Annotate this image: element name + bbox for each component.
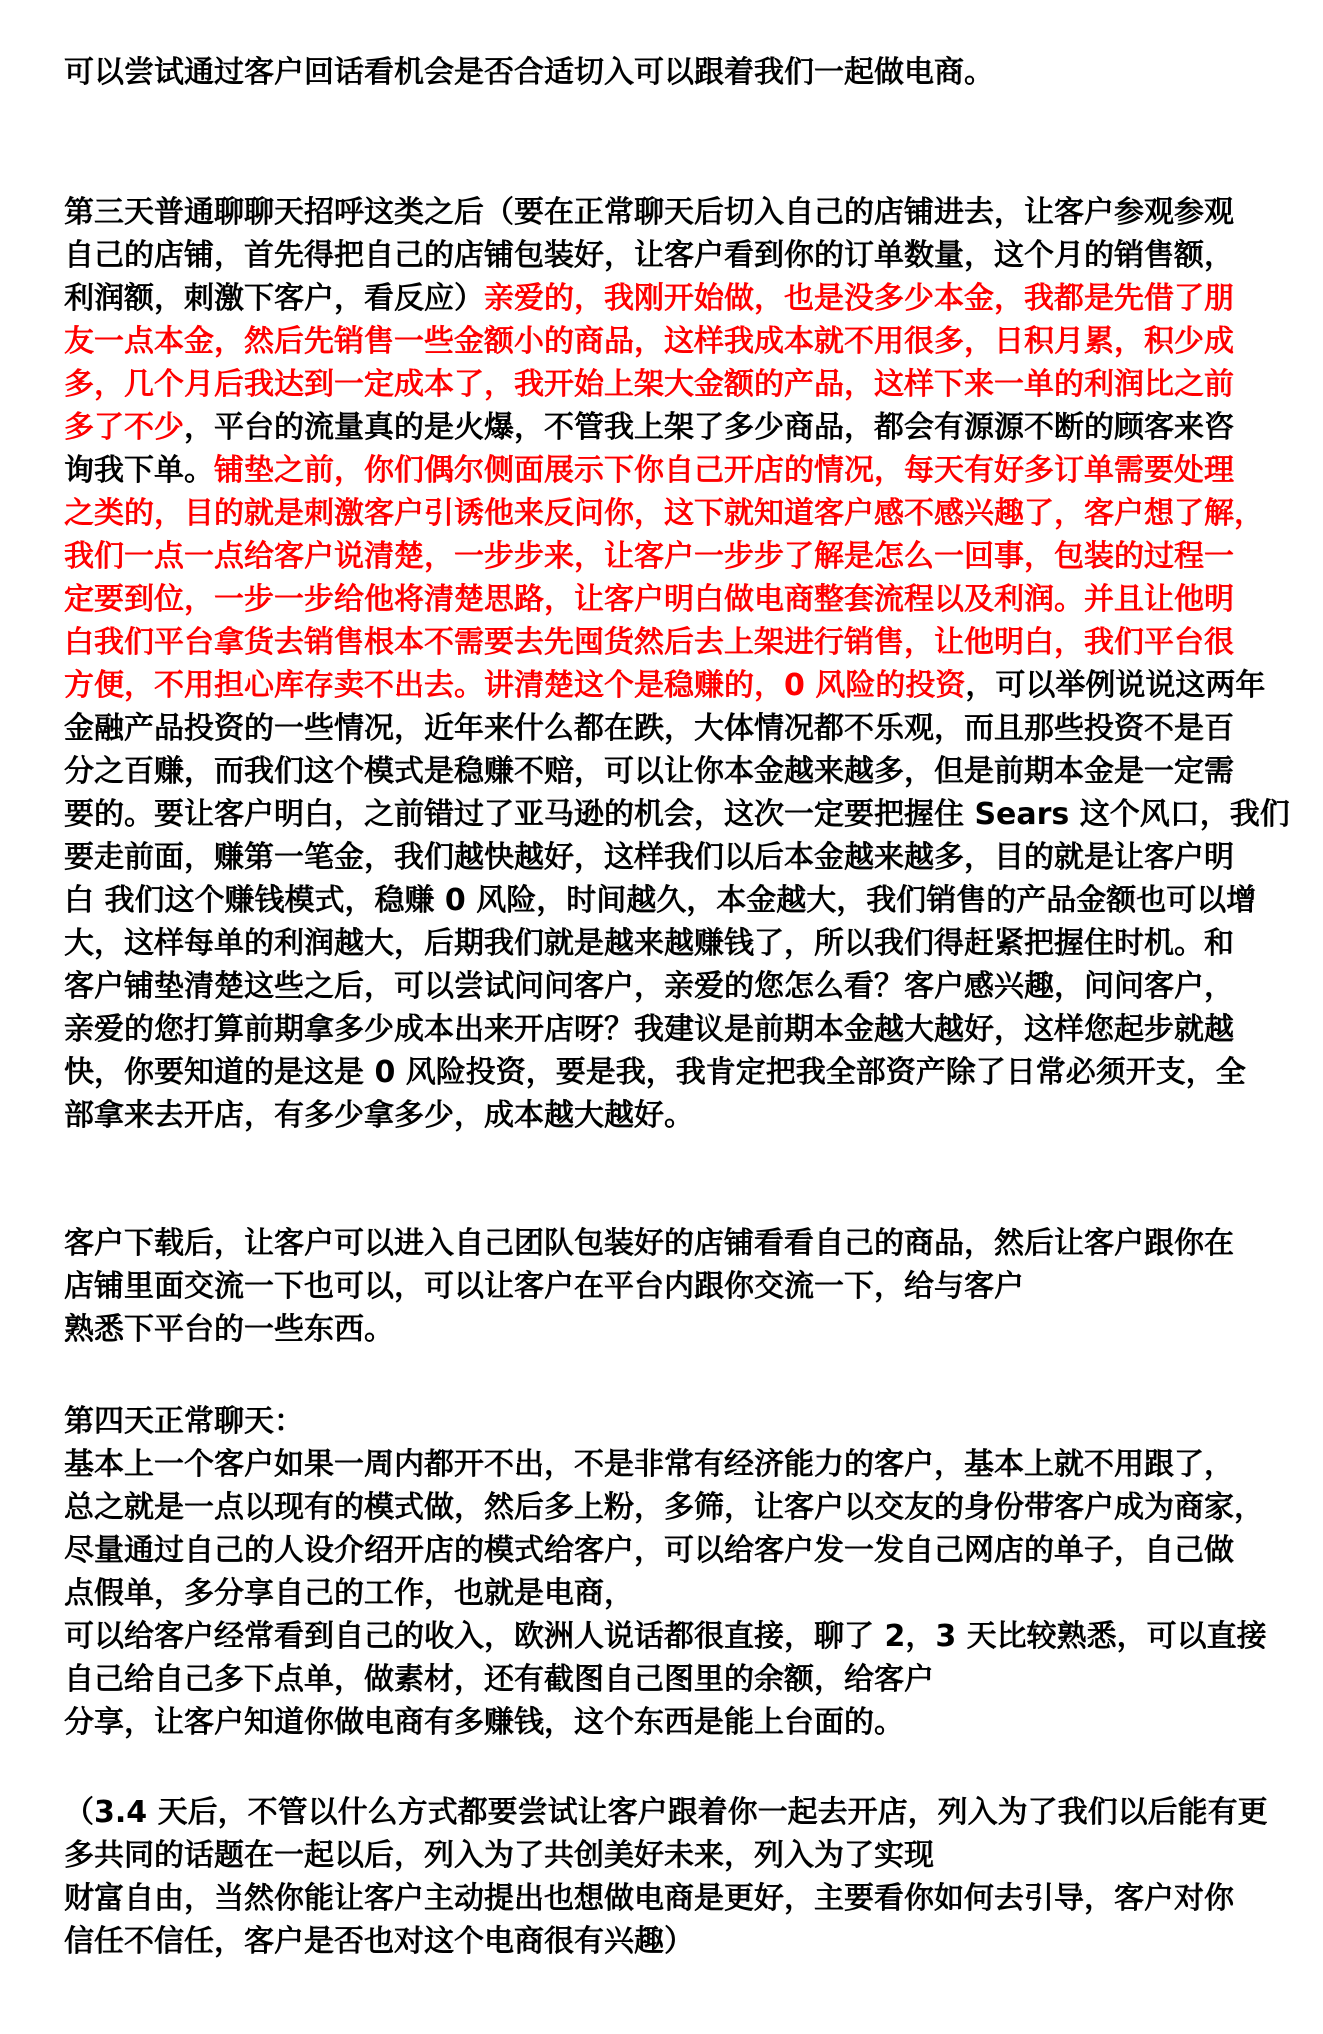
text-line: 多了不少，平台的流量真的是火爆，不管我上架了多少商品，都会有源源不断的顾客来咨	[64, 406, 1267, 449]
text-line: 第四天正常聊天：	[64, 1400, 1267, 1443]
day34-followup-paragraph: （3.4 天后，不管以什么方式都要尝试让客户跟着你一起去开店，列入为了我们以后能…	[64, 1791, 1267, 1963]
body-text: 利润额，刺激下客户，看反应）	[64, 281, 484, 316]
body-text: 总之就是一点以现有的模式做，然后多上粉，多筛，让客户以交友的身份带客户成为商家，	[64, 1490, 1264, 1525]
text-line: 金融产品投资的一些情况，近年来什么都在跌，大体情况都不乐观，而且那些投资不是百	[64, 707, 1267, 750]
text-line: 财富自由，当然你能让客户主动提出也想做电商是更好，主要看你如何去引导，客户对你	[64, 1877, 1267, 1920]
text-line: 白 我们这个赚钱模式，稳赚 0 风险，时间越久，本金越大，我们销售的产品金额也可…	[64, 879, 1267, 922]
text-line: 自己给自己多下点单，做素材，还有截图自己图里的余额，给客户	[64, 1658, 1267, 1701]
text-line: 之类的，目的就是刺激客户引诱他来反问你，这下就知道客户感不感兴趣了，客户想了解，	[64, 492, 1267, 535]
text-line: 店铺里面交流一下也可以，可以让客户在平台内跟你交流一下，给与客户	[64, 1265, 1267, 1308]
body-text: 客户铺垫清楚这些之后，可以尝试问问客户，亲爱的您怎么看？客户感兴趣，问问客户，	[64, 969, 1234, 1004]
body-text: 金融产品投资的一些情况，近年来什么都在跌，大体情况都不乐观，而且那些投资不是百	[64, 711, 1234, 746]
body-text: 询我下单。	[64, 453, 214, 488]
document-page: 可以尝试通过客户回话看机会是否合适切入可以跟着我们一起做电商。第三天普通聊聊天招…	[0, 0, 1323, 2034]
text-line: 要走前面，赚第一笔金，我们越快越好，这样我们以后本金越来越多，目的就是让客户明	[64, 836, 1267, 879]
text-line: 第三天普通聊聊天招呼这类之后（要在正常聊天后切入自己的店铺进去，让客户参观参观	[64, 191, 1267, 234]
day4-chat-paragraph: 第四天正常聊天：基本上一个客户如果一周内都开不出，不是非常有经济能力的客户，基本…	[64, 1400, 1267, 1744]
text-line: 客户铺垫清楚这些之后，可以尝试问问客户，亲爱的您怎么看？客户感兴趣，问问客户，	[64, 965, 1267, 1008]
text-line: 分享，让客户知道你做电商有多赚钱，这个东西是能上台面的。	[64, 1701, 1267, 1744]
text-line: 定要到位，一步一步给他将清楚思路，让客户明白做电商整套流程以及利润。并且让他明	[64, 578, 1267, 621]
body-text: 多共同的话题在一起以后，列入为了共创美好未来，列入为了实现	[64, 1838, 934, 1873]
red-script-text: 友一点本金，然后先销售一些金额小的商品，这样我成本就不用很多，日积月累，积少成	[64, 324, 1234, 359]
body-text: 要的。要让客户明白，之前错过了亚马逊的机会，这次一定要把握住 Sears 这个风…	[64, 797, 1290, 832]
opening-line-paragraph: 可以尝试通过客户回话看机会是否合适切入可以跟着我们一起做电商。	[64, 51, 1267, 94]
body-text: 自己给自己多下点单，做素材，还有截图自己图里的余额，给客户	[64, 1662, 934, 1697]
body-text: 快，你要知道的是这是 0 风险投资，要是我，我肯定把我全部资产除了日常必须开支，…	[64, 1055, 1246, 1090]
text-line: 方便，不用担心库存卖不出去。讲清楚这个是稳赚的，0 风险的投资，可以举例说说这两…	[64, 664, 1267, 707]
body-text: 分享，让客户知道你做电商有多赚钱，这个东西是能上台面的。	[64, 1705, 904, 1740]
body-text: 尽量通过自己的人设介绍开店的模式给客户，可以给客户发一发自己网店的单子，自己做	[64, 1533, 1234, 1568]
body-text: 信任不信任，客户是否也对这个电商很有兴趣）	[64, 1924, 694, 1959]
text-line: 尽量通过自己的人设介绍开店的模式给客户，可以给客户发一发自己网店的单子，自己做	[64, 1529, 1267, 1572]
body-text: 基本上一个客户如果一周内都开不出，不是非常有经济能力的客户，基本上就不用跟了，	[64, 1447, 1234, 1482]
body-text: 可以尝试通过客户回话看机会是否合适切入可以跟着我们一起做电商。	[64, 55, 994, 90]
red-script-text: 定要到位，一步一步给他将清楚思路，让客户明白做电商整套流程以及利润。并且让他明	[64, 582, 1234, 617]
body-text: 店铺里面交流一下也可以，可以让客户在平台内跟你交流一下，给与客户	[64, 1269, 1024, 1304]
text-line: 快，你要知道的是这是 0 风险投资，要是我，我肯定把我全部资产除了日常必须开支，…	[64, 1051, 1267, 1094]
body-text: 分之百赚，而我们这个模式是稳赚不赔，可以让你本金越来越多，但是前期本金是一定需	[64, 754, 1234, 789]
text-line: 友一点本金，然后先销售一些金额小的商品，这样我成本就不用很多，日积月累，积少成	[64, 320, 1267, 363]
body-text: 自己的店铺，首先得把自己的店铺包装好，让客户看到你的订单数量，这个月的销售额，	[64, 238, 1234, 273]
text-line: （3.4 天后，不管以什么方式都要尝试让客户跟着你一起去开店，列入为了我们以后能…	[64, 1791, 1267, 1834]
body-text: 部拿来去开店，有多少拿多少，成本越大越好。	[64, 1098, 694, 1133]
body-text: ，平台的流量真的是火爆，不管我上架了多少商品，都会有源源不断的顾客来咨	[184, 410, 1234, 445]
text-line: 要的。要让客户明白，之前错过了亚马逊的机会，这次一定要把握住 Sears 这个风…	[64, 793, 1267, 836]
text-line: 多共同的话题在一起以后，列入为了共创美好未来，列入为了实现	[64, 1834, 1267, 1877]
text-line: 熟悉下平台的一些东西。	[64, 1308, 1267, 1351]
red-script-text: 白我们平台拿货去销售根本不需要去先囤货然后去上架进行销售，让他明白，我们平台很	[64, 625, 1234, 660]
body-text: （3.4 天后，不管以什么方式都要尝试让客户跟着你一起去开店，列入为了我们以后能…	[64, 1795, 1268, 1830]
red-script-text: 方便，不用担心库存卖不出去。讲清楚这个是稳赚的，0 风险的投资	[64, 668, 965, 703]
body-text: 要走前面，赚第一笔金，我们越快越好，这样我们以后本金越来越多，目的就是让客户明	[64, 840, 1234, 875]
text-line: 白我们平台拿货去销售根本不需要去先囤货然后去上架进行销售，让他明白，我们平台很	[64, 621, 1267, 664]
day3-script-paragraph: 第三天普通聊聊天招呼这类之后（要在正常聊天后切入自己的店铺进去，让客户参观参观自…	[64, 191, 1267, 1137]
body-text: 第四天正常聊天：	[64, 1404, 304, 1439]
body-text: 财富自由，当然你能让客户主动提出也想做电商是更好，主要看你如何去引导，客户对你	[64, 1881, 1234, 1916]
text-line: 亲爱的您打算前期拿多少成本出来开店呀？我建议是前期本金越大越好，这样您起步就越	[64, 1008, 1267, 1051]
body-text: 点假单，多分享自己的工作，也就是电商，	[64, 1576, 634, 1611]
text-line: 可以给客户经常看到自己的收入，欧洲人说话都很直接，聊了 2，3 天比较熟悉，可以…	[64, 1615, 1267, 1658]
text-line: 大，这样每单的利润越大，后期我们就是越来越赚钱了，所以我们得赶紧把握住时机。和	[64, 922, 1267, 965]
text-line: 总之就是一点以现有的模式做，然后多上粉，多筛，让客户以交友的身份带客户成为商家，	[64, 1486, 1267, 1529]
red-script-text: 多，几个月后我达到一定成本了，我开始上架大金额的产品，这样下来一单的利润比之前	[64, 367, 1234, 402]
red-script-text: 亲爱的，我刚开始做，也是没多少本金，我都是先借了朋	[484, 281, 1234, 316]
text-line: 分之百赚，而我们这个模式是稳赚不赔，可以让你本金越来越多，但是前期本金是一定需	[64, 750, 1267, 793]
text-line: 客户下载后，让客户可以进入自己团队包装好的店铺看看自己的商品，然后让客户跟你在	[64, 1222, 1267, 1265]
text-line: 部拿来去开店，有多少拿多少，成本越大越好。	[64, 1094, 1267, 1137]
body-text: 客户下载后，让客户可以进入自己团队包装好的店铺看看自己的商品，然后让客户跟你在	[64, 1226, 1234, 1261]
red-script-text: 之类的，目的就是刺激客户引诱他来反问你，这下就知道客户感不感兴趣了，客户想了解，	[64, 496, 1264, 531]
body-text: 熟悉下平台的一些东西。	[64, 1312, 394, 1347]
body-text: 白 我们这个赚钱模式，稳赚 0 风险，时间越久，本金越大，我们销售的产品金额也可…	[64, 883, 1256, 918]
text-line: 利润额，刺激下客户，看反应）亲爱的，我刚开始做，也是没多少本金，我都是先借了朋	[64, 277, 1267, 320]
text-line: 我们一点一点给客户说清楚，一步步来，让客户一步步了解是怎么一回事，包装的过程一	[64, 535, 1267, 578]
text-line: 自己的店铺，首先得把自己的店铺包装好，让客户看到你的订单数量，这个月的销售额，	[64, 234, 1267, 277]
body-text: 可以给客户经常看到自己的收入，欧洲人说话都很直接，聊了 2，3 天比较熟悉，可以…	[64, 1619, 1267, 1654]
body-text: 大，这样每单的利润越大，后期我们就是越来越赚钱了，所以我们得赶紧把握住时机。和	[64, 926, 1234, 961]
text-line: 点假单，多分享自己的工作，也就是电商，	[64, 1572, 1267, 1615]
body-text: ，可以举例说说这两年	[965, 668, 1265, 703]
red-script-text: 多了不少	[64, 410, 184, 445]
red-script-text: 铺垫之前，你们偶尔侧面展示下你自己开店的情况，每天有好多订单需要处理	[214, 453, 1234, 488]
body-text: 亲爱的您打算前期拿多少成本出来开店呀？我建议是前期本金越大越好，这样您起步就越	[64, 1012, 1234, 1047]
red-script-text: 我们一点一点给客户说清楚，一步步来，让客户一步步了解是怎么一回事，包装的过程一	[64, 539, 1234, 574]
text-line: 信任不信任，客户是否也对这个电商很有兴趣）	[64, 1920, 1267, 1963]
text-line: 多，几个月后我达到一定成本了，我开始上架大金额的产品，这样下来一单的利润比之前	[64, 363, 1267, 406]
text-line: 可以尝试通过客户回话看机会是否合适切入可以跟着我们一起做电商。	[64, 51, 1267, 94]
text-line: 询我下单。铺垫之前，你们偶尔侧面展示下你自己开店的情况，每天有好多订单需要处理	[64, 449, 1267, 492]
text-line: 基本上一个客户如果一周内都开不出，不是非常有经济能力的客户，基本上就不用跟了，	[64, 1443, 1267, 1486]
body-text: 第三天普通聊聊天招呼这类之后（要在正常聊天后切入自己的店铺进去，让客户参观参观	[64, 195, 1234, 230]
customer-download-paragraph: 客户下载后，让客户可以进入自己团队包装好的店铺看看自己的商品，然后让客户跟你在店…	[64, 1222, 1267, 1351]
